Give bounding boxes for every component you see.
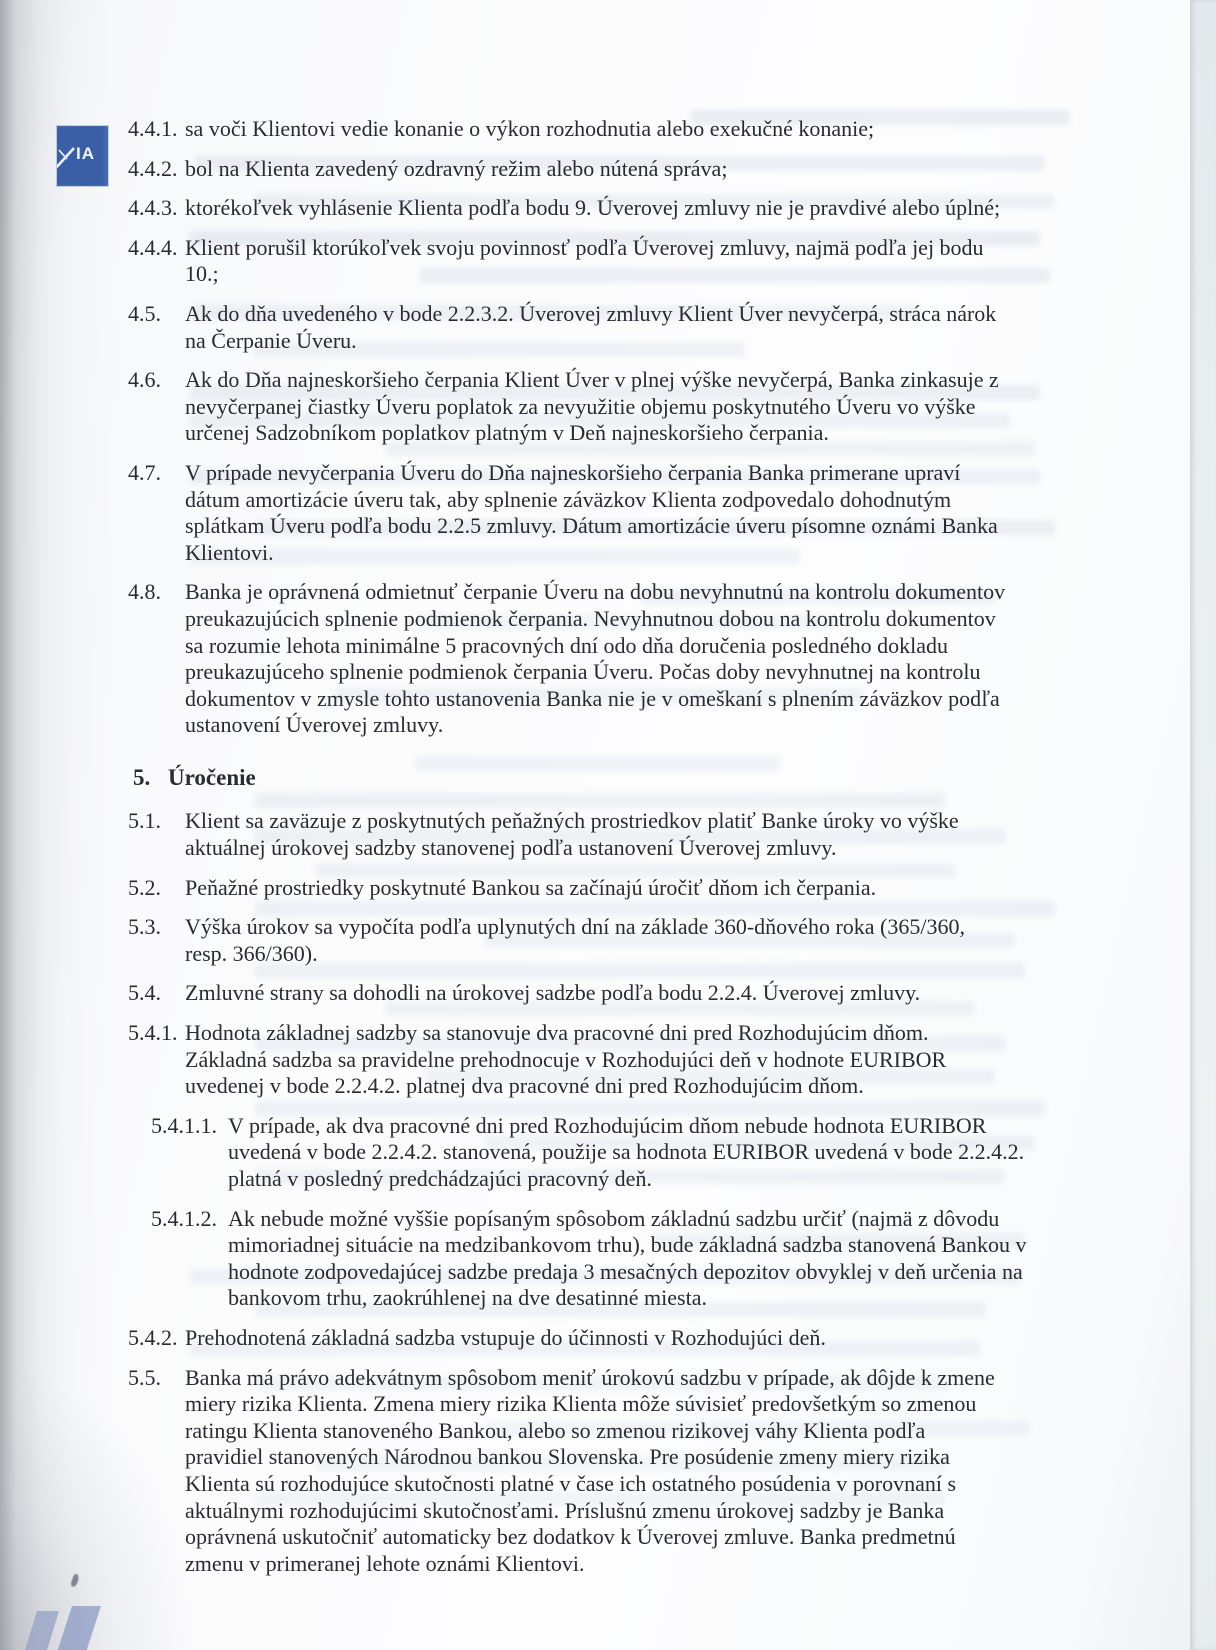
clause: 5.4.1. Hodnota základnej sadzby sa stano… xyxy=(128,1020,1216,1100)
scanned-document-page: IA 4.4.1. sa voči Klientovi vedie konani… xyxy=(0,0,1216,1650)
clause-number: 5.5. xyxy=(128,1365,185,1392)
document-body: 4.4.1. sa voči Klientovi vedie konanie o… xyxy=(0,0,1216,1590)
clause-text: V prípade nevyčerpania Úveru do Dňa najn… xyxy=(185,460,1007,566)
clause-number: 4.4.4. xyxy=(128,235,185,262)
clause: 4.4.4. Klient porušil ktorúkoľvek svoju … xyxy=(128,235,1216,288)
clause-text: Klient sa zaväzuje z poskytnutých peňažn… xyxy=(185,808,1007,861)
clause: 4.4.2. bol na Klienta zavedený ozdravný … xyxy=(128,156,1216,183)
footer-stripe-right xyxy=(58,1606,101,1650)
clause-text: Úročenie xyxy=(168,765,988,792)
clause: 5. Úročenie xyxy=(133,765,1216,792)
clause: 5.5. Banka má právo adekvátnym spôsobom … xyxy=(128,1365,1216,1578)
clause: 4.4.3. ktorékoľvek vyhlásenie Klienta po… xyxy=(128,195,1216,222)
clause-number: 5.4. xyxy=(128,980,185,1007)
clause-text: Ak nebude možné vyššie popísaným spôsobo… xyxy=(228,1206,1028,1312)
clause-text: Banka má právo adekvátnym spôsobom meniť… xyxy=(185,1365,1007,1578)
clause-number: 5.2. xyxy=(128,875,185,902)
clause: 4.8. Banka je oprávnená odmietnuť čerpan… xyxy=(128,579,1216,739)
clause-number: 5.1. xyxy=(128,808,185,835)
clause: 4.4.1. sa voči Klientovi vedie konanie o… xyxy=(128,116,1216,143)
clause-text: ktorékoľvek vyhlásenie Klienta podľa bod… xyxy=(185,195,1007,222)
clause-number: 4.6. xyxy=(128,367,185,394)
clause-number: 5.4.1.1. xyxy=(151,1113,228,1140)
clause: 5.2. Peňažné prostriedky poskytnuté Bank… xyxy=(128,875,1216,902)
clause-number: 4.4.1. xyxy=(128,116,185,143)
clause-number: 4.4.3. xyxy=(128,195,185,222)
clause-number: 5.3. xyxy=(128,914,185,941)
footer-stripe-left xyxy=(25,1611,59,1650)
clause: 5.4.1.1. V prípade, ak dva pracovné dni … xyxy=(151,1113,1216,1193)
clause: 5.4.1.2. Ak nebude možné vyššie popísaný… xyxy=(151,1206,1216,1312)
clause-text: Zmluvné strany sa dohodli na úrokovej sa… xyxy=(185,980,1007,1007)
clause-text: Banka je oprávnená odmietnuť čerpanie Úv… xyxy=(185,579,1007,739)
clause-text: Ak do Dňa najneskoršieho čerpania Klient… xyxy=(185,367,1007,447)
clause-number: 5.4.1.2. xyxy=(151,1206,228,1233)
clause-text: V prípade, ak dva pracovné dni pred Rozh… xyxy=(228,1113,1028,1193)
clause-number: 4.5. xyxy=(128,301,185,328)
clause-text: Hodnota základnej sadzby sa stanovuje dv… xyxy=(185,1020,1007,1100)
clause-number: 5. xyxy=(133,765,168,792)
clause-number: 4.4.2. xyxy=(128,156,185,183)
clause: 5.1. Klient sa zaväzuje z poskytnutých p… xyxy=(128,808,1216,861)
clause-text: bol na Klienta zavedený ozdravný režim a… xyxy=(185,156,1007,183)
clause-number: 4.8. xyxy=(128,579,185,606)
clause: 5.4. Zmluvné strany sa dohodli na úrokov… xyxy=(128,980,1216,1007)
clause-number: 5.4.1. xyxy=(128,1020,185,1047)
clause: 4.7. V prípade nevyčerpania Úveru do Dňa… xyxy=(128,460,1216,566)
clause-text: Prehodnotená základná sadzba vstupuje do… xyxy=(185,1325,1007,1352)
clause-text: Výška úrokov sa vypočíta podľa uplynutýc… xyxy=(185,914,1007,967)
clause-text: Ak do dňa uvedeného v bode 2.2.3.2. Úver… xyxy=(185,301,1007,354)
clause-text: sa voči Klientovi vedie konanie o výkon … xyxy=(185,116,1007,143)
clause: 5.3. Výška úrokov sa vypočíta podľa uply… xyxy=(128,914,1216,967)
clause-text: Peňažné prostriedky poskytnuté Bankou sa… xyxy=(185,875,1007,902)
clause-number: 5.4.2. xyxy=(128,1325,185,1352)
clause: 5.4.2. Prehodnotená základná sadzba vstu… xyxy=(128,1325,1216,1352)
clause-text: Klient porušil ktorúkoľvek svoju povinno… xyxy=(185,235,1007,288)
clause: 4.6. Ak do Dňa najneskoršieho čerpania K… xyxy=(128,367,1216,447)
clause-number: 4.7. xyxy=(128,460,185,487)
clause: 4.5. Ak do dňa uvedeného v bode 2.2.3.2.… xyxy=(128,301,1216,354)
